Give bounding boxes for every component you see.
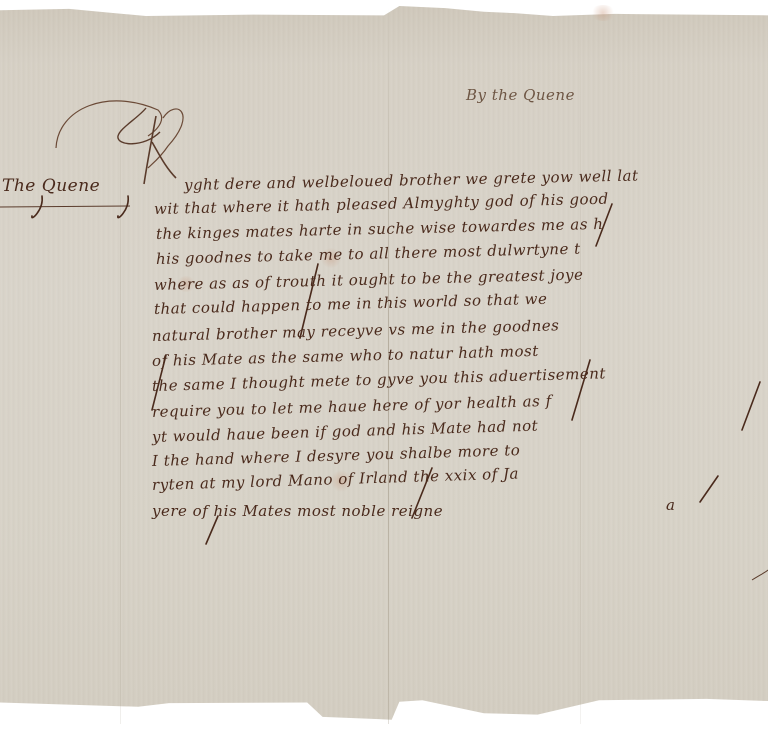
ink-strokes-icon [0, 0, 768, 735]
